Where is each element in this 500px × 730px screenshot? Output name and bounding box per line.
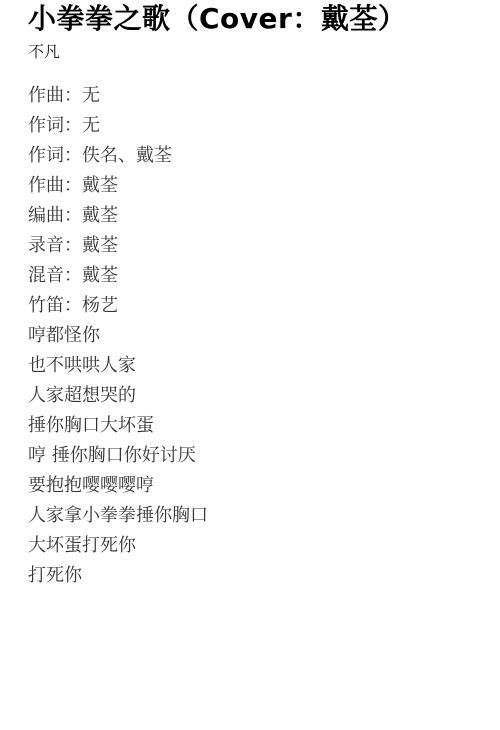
artist-name: 不凡 — [28, 41, 472, 63]
lyric-line: 竹笛：杨艺 — [28, 291, 472, 321]
page-title: 小拳拳之歌（Cover：戴荃） — [28, 0, 472, 36]
lyric-line: 作词：佚名、戴荃 — [28, 141, 472, 171]
lyric-line: 大坏蛋打死你 — [28, 531, 472, 561]
lyric-line: 哼都怪你 — [28, 321, 472, 351]
lyric-line: 要抱抱嘤嘤嘤哼 — [28, 471, 472, 501]
lyric-line: 也不哄哄人家 — [28, 351, 472, 381]
lyric-line: 人家超想哭的 — [28, 381, 472, 411]
lyric-line: 编曲：戴荃 — [28, 201, 472, 231]
lyric-line: 作曲：戴荃 — [28, 171, 472, 201]
lyric-line: 作曲：无 — [28, 81, 472, 111]
lyric-line: 作词：无 — [28, 111, 472, 141]
lyric-line: 录音：戴荃 — [28, 231, 472, 261]
lyric-line: 捶你胸口大坏蛋 — [28, 411, 472, 441]
lyrics-page: 小拳拳之歌（Cover：戴荃） 不凡 作曲：无作词：无作词：佚名、戴荃作曲：戴荃… — [0, 0, 500, 730]
lyric-line: 混音：戴荃 — [28, 261, 472, 291]
lyric-line: 哼 捶你胸口你好讨厌 — [28, 441, 472, 471]
lyrics-list: 作曲：无作词：无作词：佚名、戴荃作曲：戴荃编曲：戴荃录音：戴荃混音：戴荃竹笛：杨… — [28, 81, 472, 591]
lyric-line: 打死你 — [28, 561, 472, 591]
lyric-line: 人家拿小拳拳捶你胸口 — [28, 501, 472, 531]
